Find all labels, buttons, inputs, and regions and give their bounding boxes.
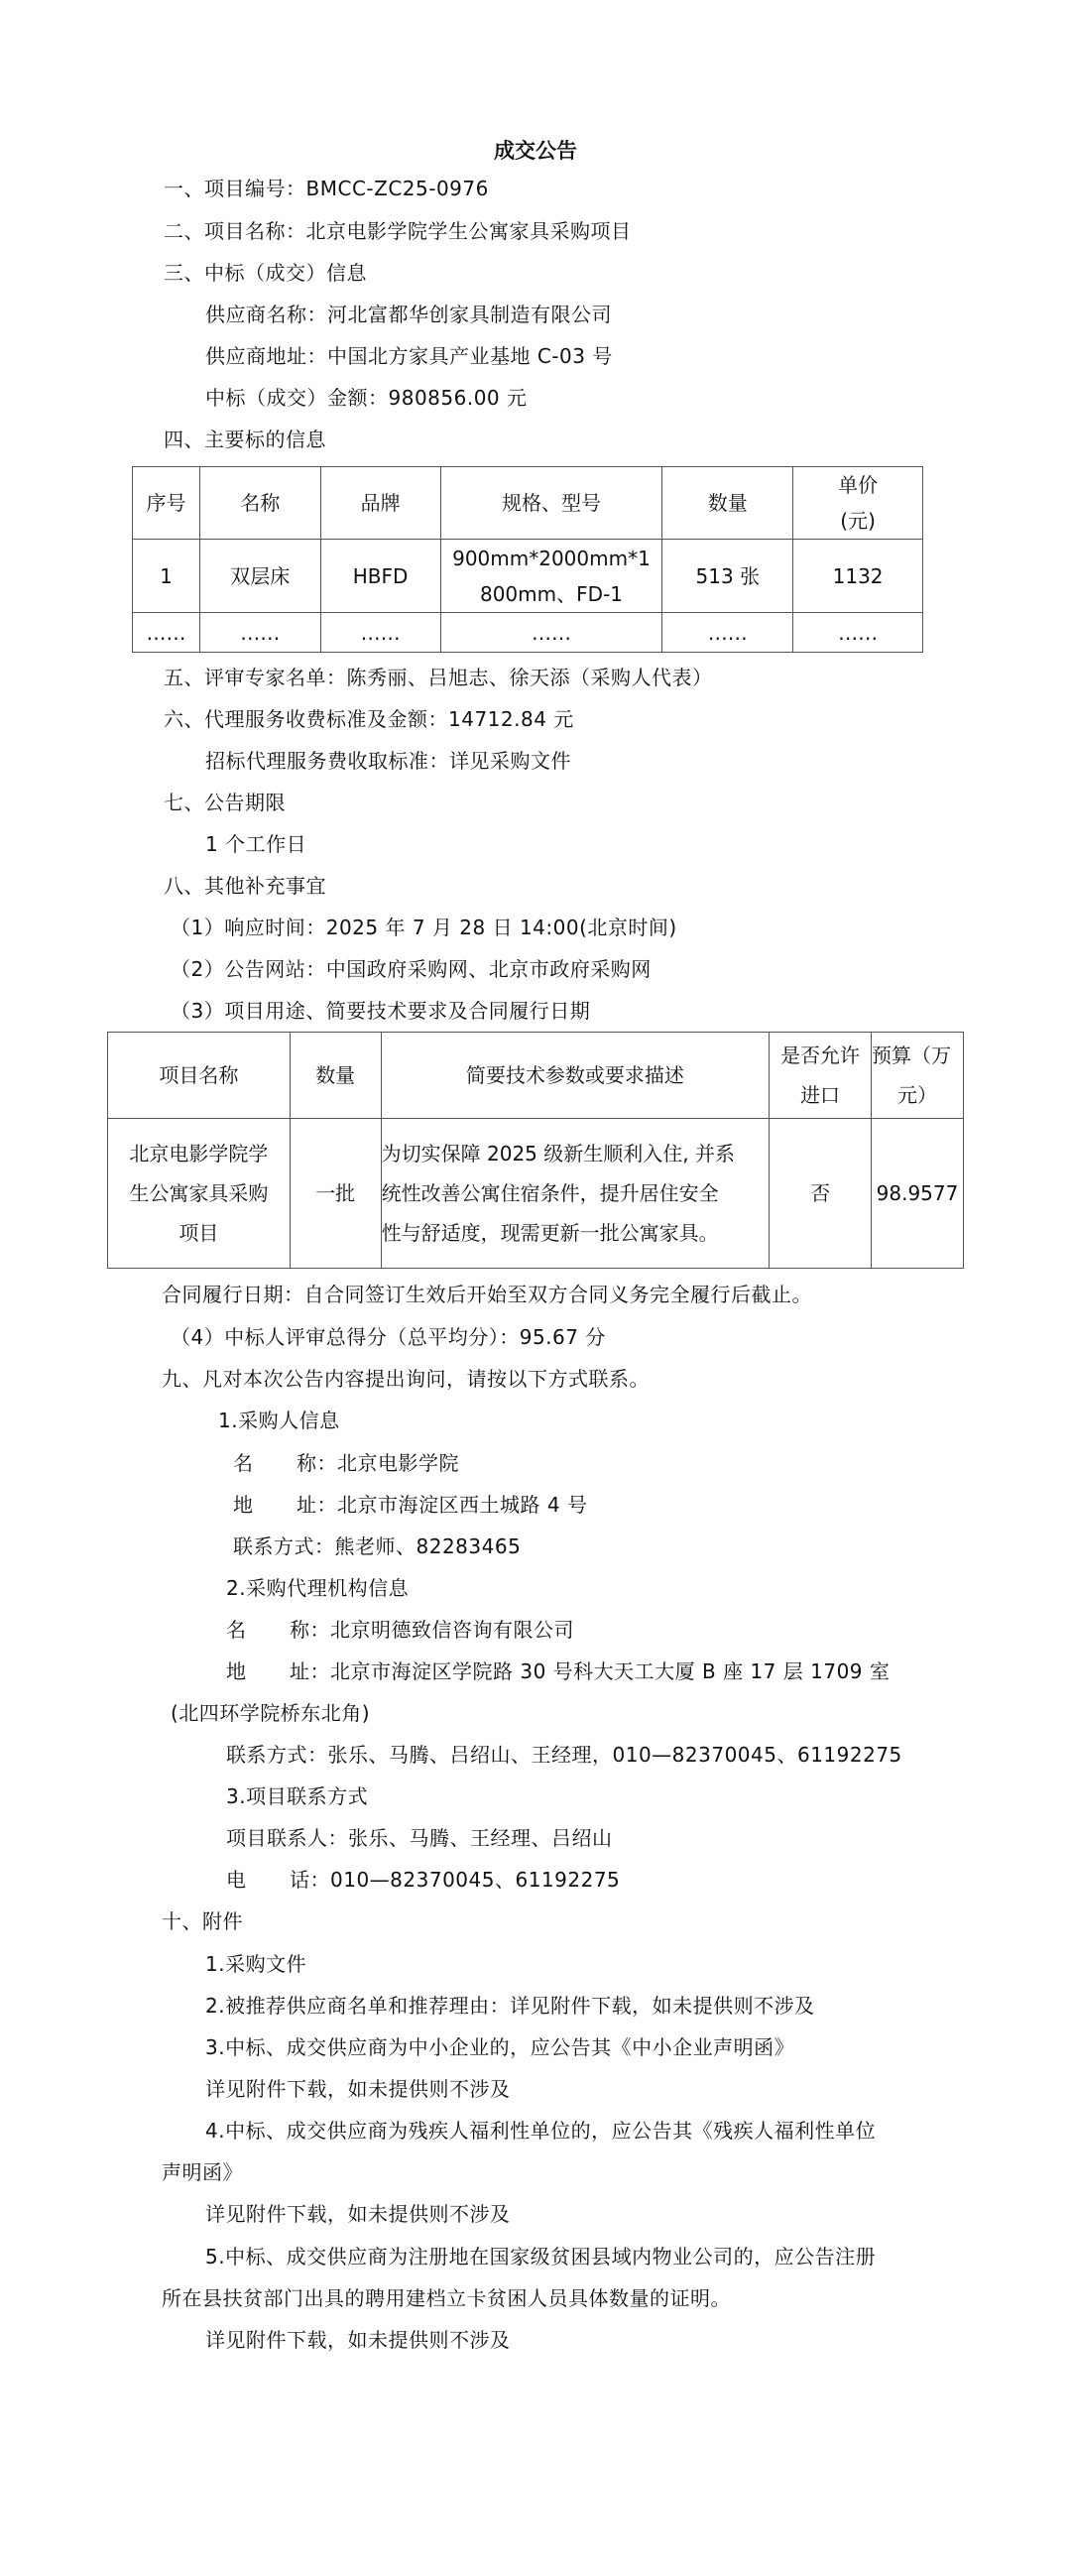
table-cell: ……: [662, 613, 793, 653]
attachment-5-cont: 所在县扶贫部门出具的聘用建档立卡贫困人员具体数量的证明。: [162, 2285, 731, 2311]
table-cell: HBFD: [320, 540, 440, 613]
attachment-4-note: 详见附件下载，如未提供则不涉及: [205, 2201, 511, 2227]
header-cell: 是否允许进口: [770, 1033, 872, 1119]
project-contact-person: 项目联系人：张乐、马腾、王经理、吕绍山: [226, 1825, 613, 1851]
table-cell: 否: [770, 1119, 872, 1269]
table-cell: ……: [793, 613, 923, 653]
attachment-2: 2.被推荐供应商名单和推荐理由：详见附件下载，如未提供则不涉及: [205, 1993, 815, 2019]
header-cell: 序号: [133, 467, 200, 540]
agency-address-cont: (北四环学院桥东北角): [171, 1700, 370, 1726]
purchaser-name: 名称：北京电影学院: [233, 1450, 459, 1476]
section-award-info-heading: 三、中标（成交）信息: [164, 260, 367, 286]
header-cell: 预算（万元）: [872, 1033, 964, 1119]
project-contact-heading: 3.项目联系方式: [226, 1783, 368, 1809]
agency-info-heading: 2.采购代理机构信息: [226, 1575, 409, 1601]
table-header-row: 项目名称 数量 简要技术参数或要求描述 是否允许进口 预算（万元）: [108, 1033, 964, 1119]
contract-period: 合同履行日期：自合同签订生效后开始至双方合同义务完全履行后截止。: [162, 1282, 812, 1307]
agency-fee: 六、代理服务收费标准及金额：14712.84 元: [164, 706, 574, 732]
attachments-heading: 十、附件: [162, 1908, 243, 1934]
table-cell: ……: [440, 613, 662, 653]
supplier-address: 供应商地址：中国北方家具产业基地 C-03 号: [205, 343, 613, 369]
purchaser-info-heading: 1.采购人信息: [218, 1408, 340, 1433]
attachment-4-cont: 声明函》: [162, 2159, 243, 2185]
project-number: 一、项目编号：BMCC-ZC25-0976: [164, 176, 489, 201]
notice-period-heading: 七、公告期限: [164, 790, 286, 815]
header-cell: 单价(元): [793, 467, 923, 540]
table-cell: 双层床: [199, 540, 320, 613]
header-cell: 数量: [662, 467, 793, 540]
project-contact-phone: 电话：010—82370045、61192275: [226, 1867, 620, 1893]
agency-contact: 联系方式：张乐、马腾、吕绍山、王经理，010—82370045、61192275: [226, 1742, 902, 1768]
attachment-4: 4.中标、成交供应商为残疾人福利性单位的，应公告其《残疾人福利性单位: [205, 2118, 876, 2144]
attachment-1: 1.采购文件: [205, 1951, 306, 1977]
winner-score: （4）中标人评审总得分（总平均分）：95.67 分: [171, 1324, 606, 1350]
table-cell: ……: [199, 613, 320, 653]
contact-heading: 九、凡对本次公告内容提出询问，请按以下方式联系。: [162, 1366, 650, 1392]
attachment-5-note: 详见附件下载，如未提供则不涉及: [205, 2327, 511, 2353]
header-cell: 品牌: [320, 467, 440, 540]
table-cell: 为切实保障 2025 级新生顺利入住, 并系统性改善公寓住宿条件，提升居住安全性…: [381, 1119, 769, 1269]
items-table: 序号 名称 品牌 规格、型号 数量 单价(元) 1 双层床 HBFD 900mm…: [132, 466, 923, 653]
table-row: 1 双层床 HBFD 900mm*2000mm*1800mm、FD-1 513 …: [133, 540, 923, 613]
project-name: 二、项目名称：北京电影学院学生公寓家具采购项目: [164, 218, 632, 244]
notice-period: 1 个工作日: [205, 831, 306, 857]
header-cell: 数量: [290, 1033, 381, 1119]
header-cell: 项目名称: [108, 1033, 291, 1119]
table-cell: 98.9577: [872, 1119, 964, 1269]
table-header-row: 序号 名称 品牌 规格、型号 数量 单价(元): [133, 467, 923, 540]
purchaser-address: 地址：北京市海淀区西土城路 4 号: [233, 1492, 587, 1518]
award-amount: 中标（成交）金额：980856.00 元: [205, 385, 528, 411]
purchaser-contact: 联系方式：熊老师、82283465: [233, 1533, 521, 1559]
attachment-5: 5.中标、成交供应商为注册地在国家级贫困县域内物业公司的，应公告注册: [205, 2244, 876, 2269]
table-row: 北京电影学院学生公寓家具采购项目 一批 为切实保障 2025 级新生顺利入住, …: [108, 1119, 964, 1269]
header-cell: 简要技术参数或要求描述: [381, 1033, 769, 1119]
project-table: 项目名称 数量 简要技术参数或要求描述 是否允许进口 预算（万元） 北京电影学院…: [107, 1032, 964, 1269]
table-row: …… …… …… …… …… ……: [133, 613, 923, 653]
table-cell: 北京电影学院学生公寓家具采购项目: [108, 1119, 291, 1269]
table-cell: ……: [320, 613, 440, 653]
notice-websites: （2）公告网站：中国政府采购网、北京市政府采购网: [171, 956, 652, 982]
supplier-name: 供应商名称：河北富都华创家具制造有限公司: [205, 302, 612, 327]
expert-list: 五、评审专家名单：陈秀丽、吕旭志、徐天添（采购人代表）: [164, 665, 713, 690]
attachment-3: 3.中标、成交供应商为中小企业的，应公告其《中小企业声明函》: [205, 2034, 794, 2060]
agency-fee-standard: 招标代理服务费收取标准：详见采购文件: [205, 748, 571, 774]
supplementary-heading: 八、其他补充事宜: [164, 873, 326, 899]
attachment-3-note: 详见附件下载，如未提供则不涉及: [205, 2076, 511, 2102]
table-cell: 1132: [793, 540, 923, 613]
project-usage-heading: （3）项目用途、简要技术要求及合同履行日期: [171, 998, 590, 1024]
agency-name: 名称：北京明德致信咨询有限公司: [226, 1617, 574, 1643]
table-cell: 900mm*2000mm*1800mm、FD-1: [440, 540, 662, 613]
page-title: 成交公告: [0, 137, 1071, 165]
table-cell: 513 张: [662, 540, 793, 613]
agency-address: 地址：北京市海淀区学院路 30 号科大天工大厦 B 座 17 层 1709 室: [226, 1658, 890, 1684]
header-cell: 规格、型号: [440, 467, 662, 540]
response-time: （1）响应时间：2025 年 7 月 28 日 14:00(北京时间): [171, 915, 677, 940]
section-items-heading: 四、主要标的信息: [164, 427, 326, 452]
table-cell: 1: [133, 540, 200, 613]
table-cell: ……: [133, 613, 200, 653]
header-cell: 名称: [199, 467, 320, 540]
table-cell: 一批: [290, 1119, 381, 1269]
